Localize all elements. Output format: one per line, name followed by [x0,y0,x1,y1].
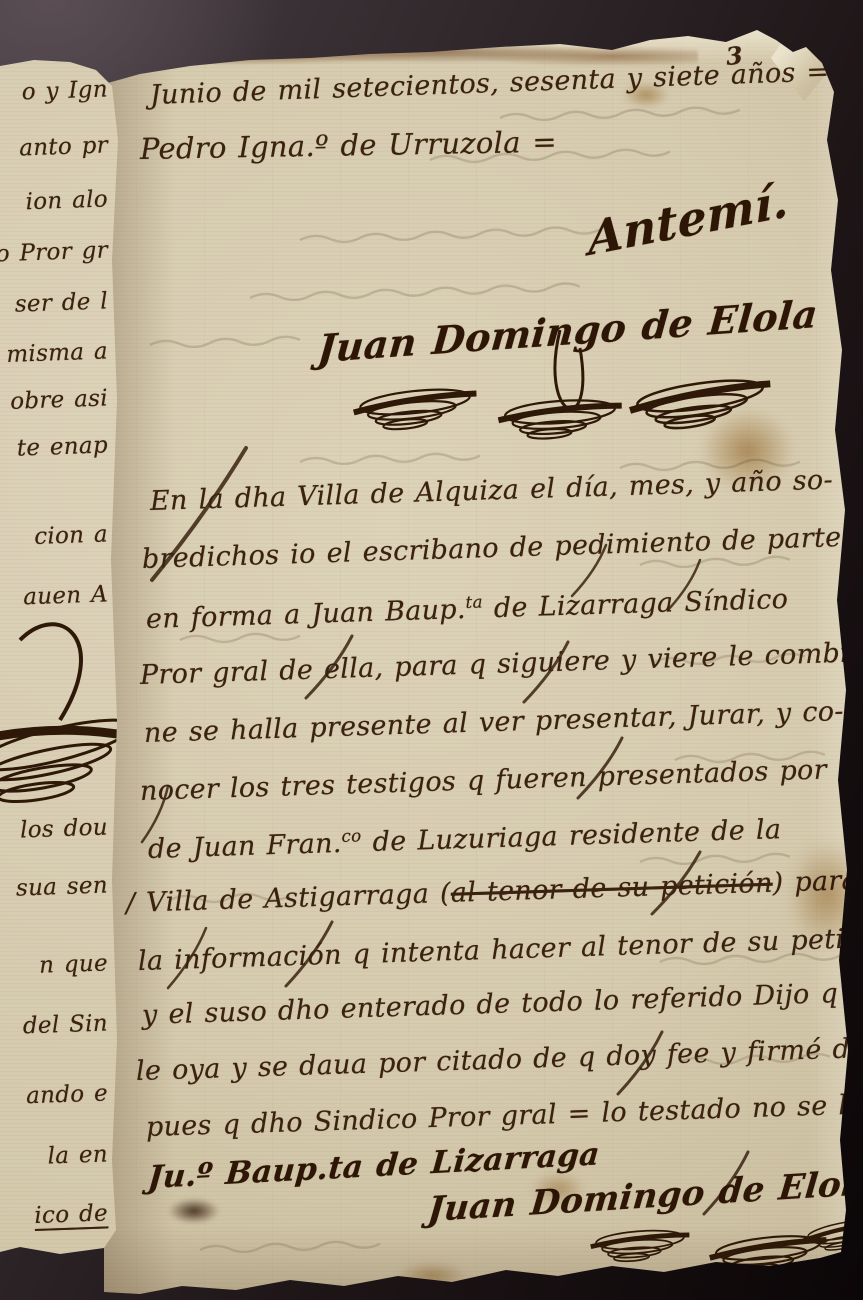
previous-folio-fragment: sua sen [0,872,108,904]
manuscript-line: de Juan Fran.co de Luzuriaga residente d… [147,812,781,865]
struck-text: al tenor de su petición [450,868,773,909]
previous-folio-fragment: del Sin [0,1010,108,1042]
manuscript-line: en forma a Juan Baup.ta de Lizarraga Sín… [145,582,788,635]
manuscript-text: nocer los tres testigos q fueren present… [140,752,863,807]
manuscript-text: de Luzuriaga residente de la [361,814,781,858]
manuscript-text: pues q dho Sindico Pror gral = lo testad… [146,1088,863,1143]
previous-folio-fragment: los dou [0,814,108,846]
signature-top-juan-domingo-de-elola: Juan Domingo de Elola [316,291,820,371]
manuscript-text: y el suso dho enterado de todo lo referi… [142,978,839,1031]
header-scribe-line: Pedro Igna.º de Urruzola = [140,125,557,166]
manuscript-text: ) para [772,865,858,899]
previous-folio-fragment: cion a [0,521,108,553]
manuscript-text: de Juan Fran. [148,828,343,865]
manuscript-text: ne se halla presente al ver presentar, J… [144,696,845,749]
previous-folio-fragment: ion alo [0,186,108,218]
header-date-line: Junio de mil setecientos, sesenta y siet… [149,56,829,111]
manuscript-line: ne se halla presente al ver presentar, J… [144,696,845,749]
manuscript-line: Pror gral de ella, para q siguiere y vie… [140,637,863,691]
manuscript-text: / Villa de Astigarraga ( [126,878,452,919]
manuscript-line: le oya y se daua por citado de q doy fee… [136,1032,863,1087]
previous-folio-fragment: la en [0,1141,108,1173]
manuscript-line: y el suso dho enterado de todo lo referi… [142,978,839,1031]
manuscript-line: / Villa de Astigarraga (al tenor de su p… [126,865,859,919]
manuscript-line: la información q intenta hacer al tenor … [137,920,863,977]
previous-folio-fragment: anto pr [0,132,108,164]
previous-folio-fragment: o y Ign [0,76,108,108]
manuscript-text: de Lizarraga Síndico [483,584,789,625]
manuscript-text: En la dha Villa de Alquiza el día, mes, … [150,465,834,517]
manuscript-page: 3 Junio de mil setecientos, sesenta y si… [0,0,863,1300]
ante-mi-attestation: Antemí. [587,173,790,266]
previous-folio-fragment: ser de l [0,288,108,320]
previous-folio-fragment: obre asi [0,385,108,417]
manuscript-text: en forma a Juan Baup. [146,594,467,635]
manuscript-line: pues q dho Sindico Pror gral = lo testad… [146,1088,863,1143]
manuscript-text: le oya y se daua por citado de q doy fee… [136,1032,863,1087]
previous-folio-fragment: n que [0,950,108,982]
previous-folio-fragment: auen A [0,581,108,613]
previous-folio-fragment: ando e [0,1080,108,1112]
previous-folio-fragment: misma a [0,338,108,370]
manuscript-text: ta [465,591,483,612]
manuscript-text: co [341,825,362,846]
manuscript-text: Pror gral de ella, para q siguiere y vie… [140,637,863,691]
manuscript-line: nocer los tres testigos q fueren present… [140,752,863,807]
previous-folio-fragment: o Pror gr [0,237,108,269]
manuscript-text: la información q intenta hacer al tenor … [138,923,863,977]
bottom-edge-shadow [104,1225,848,1295]
manuscript-photo: 3 Junio de mil setecientos, sesenta y si… [0,0,863,1300]
manuscript-line: bredichos io el escribano de pedimiento … [142,520,863,575]
previous-folio-fragment: te enap [0,432,108,464]
manuscript-text: bredichos io el escribano de pedimiento … [142,520,863,575]
manuscript-line: En la dha Villa de Alquiza el día, mes, … [150,465,834,517]
ink-smudge [168,1198,220,1224]
previous-folio-fragment: ico de [0,1200,108,1232]
